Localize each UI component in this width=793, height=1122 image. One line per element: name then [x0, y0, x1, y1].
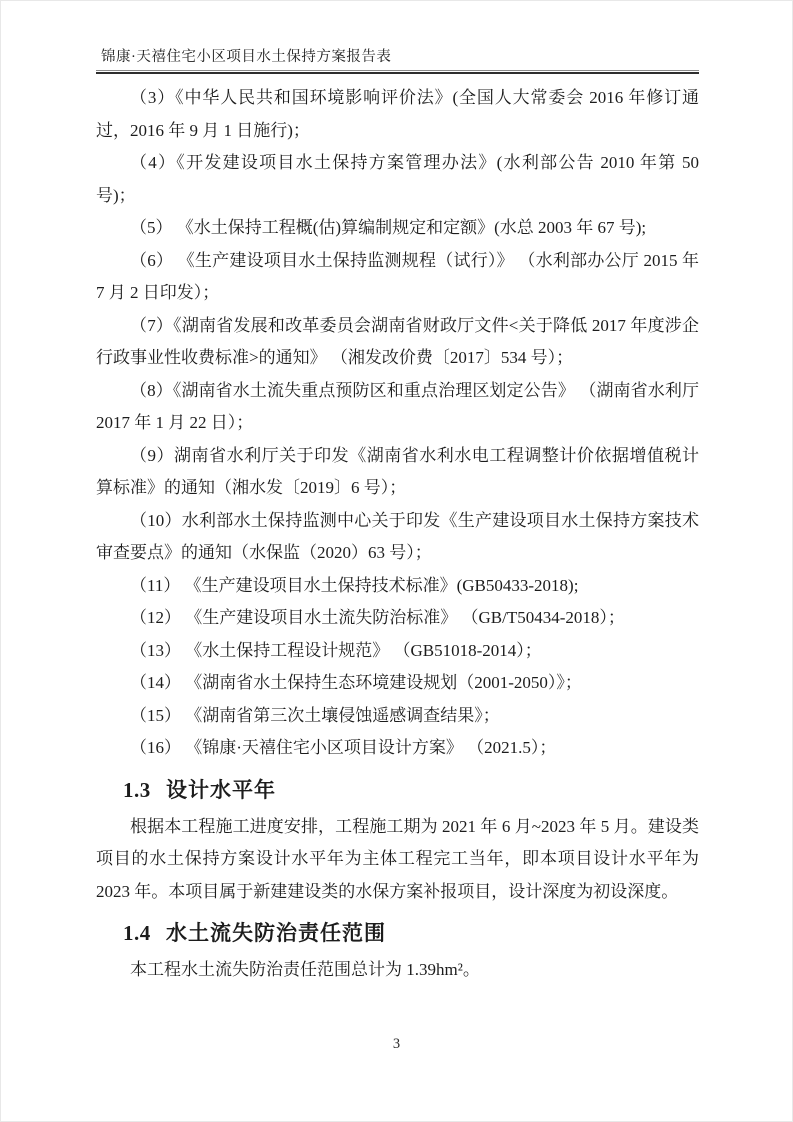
reference-item-8: （8）《湖南省水土流失重点预防区和重点治理区划定公告》 （湖南省水利厅 2017… [96, 375, 699, 440]
reference-item-5: （5） 《水土保持工程概(估)算编制规定和定额》(水总 2003 年 67 号)… [96, 212, 699, 245]
section-heading-1-4: 1.4 水土流失防治责任范围 [96, 918, 699, 949]
running-header-title: 锦康·天禧住宅小区项目水土保持方案报告表 [96, 47, 699, 67]
reference-item-11: （11） 《生产建设项目水土保持技术标准》(GB50433-2018); [96, 570, 699, 603]
reference-item-10: （10）水利部水土保持监测中心关于印发《生产建设项目水土保持方案技术审查要点》的… [96, 505, 699, 570]
reference-item-14: （14） 《湖南省水土保持生态环境建设规划（2001-2050）》； [96, 667, 699, 700]
reference-item-15: （15） 《湖南省第三次土壤侵蚀遥感调查结果》； [96, 700, 699, 733]
reference-item-6: （6） 《生产建设项目水土保持监测规程（试行）》 （水利部办公厅 2015 年 … [96, 245, 699, 310]
section-heading-1-3: 1.3 设计水平年 [96, 775, 699, 806]
reference-item-16: （16） 《锦康·天禧住宅小区项目设计方案》 （2021.5）； [96, 732, 699, 765]
page-header: 锦康·天禧住宅小区项目水土保持方案报告表 [96, 1, 699, 72]
section-1-3-paragraph: 根据本工程施工进度安排，工程施工期为 2021 年 6 月~2023 年 5 月… [96, 811, 699, 909]
section-number-1-4: 1.4 [123, 921, 151, 945]
page-footer: 3 [1, 1036, 792, 1053]
header-rule-thick [96, 72, 699, 74]
section-title-1-4: 水土流失防治责任范围 [166, 922, 386, 945]
section-1-4-paragraph: 本工程水土流失防治责任范围总计为 1.39hm²。 [96, 954, 699, 987]
reference-item-7: （7）《湖南省发展和改革委员会湖南省财政厅文件<关于降低 2017 年度涉企行政… [96, 310, 699, 375]
page-number: 3 [393, 1036, 400, 1052]
reference-item-12: （12） 《生产建设项目水土流失防治标准》 （GB/T50434-2018）； [96, 602, 699, 635]
reference-item-13: （13） 《水土保持工程设计规范》 （GB51018-2014）； [96, 635, 699, 668]
reference-item-4: （4）《开发建设项目水土保持方案管理办法》(水利部公告 2010 年第 50 号… [96, 147, 699, 212]
section-title-1-3: 设计水平年 [166, 779, 276, 802]
reference-item-9: （9）湖南省水利厅关于印发《湖南省水利水电工程调整计价依据增值税计算标准》的通知… [96, 440, 699, 505]
section-number-1-3: 1.3 [123, 778, 151, 802]
document-body: （3）《中华人民共和国环境影响评价法》(全国人大常委会 2016 年修订通过，2… [96, 82, 699, 987]
document-page: 锦康·天禧住宅小区项目水土保持方案报告表 （3）《中华人民共和国环境影响评价法》… [0, 0, 793, 1122]
reference-item-3: （3）《中华人民共和国环境影响评价法》(全国人大常委会 2016 年修订通过，2… [96, 82, 699, 147]
